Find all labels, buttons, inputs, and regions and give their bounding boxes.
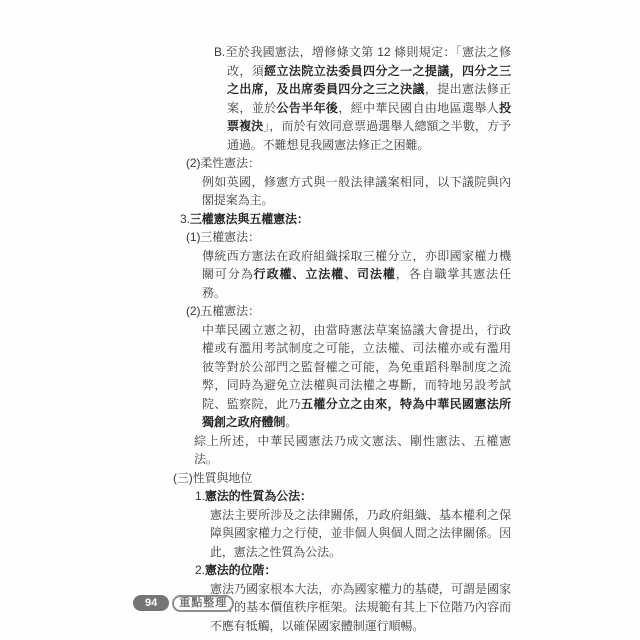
heading-three-power: (1)三權憲法： xyxy=(186,228,511,247)
paragraph-three-power: 傳統西方憲法在政府組織採取三權分立，亦即國家權力機關可分為行政權、立法權、司法權… xyxy=(202,247,511,303)
heading-three-power-label: 三權憲法： xyxy=(200,230,260,244)
paragraph-amendment-text: 至於我國憲法，增修條文第 12 條則規定：「憲法之修改，須經立法院立法委員四分之… xyxy=(225,45,511,152)
item-marker-n1: 1. xyxy=(195,489,205,503)
heading-hierarchy-label: 憲法的位階： xyxy=(205,563,276,577)
item-marker-2: (2) xyxy=(186,156,200,170)
section-marker-3: 3. xyxy=(180,212,190,226)
heading-hierarchy: 2.憲法的位階： xyxy=(195,561,511,580)
item-marker-1: (1) xyxy=(186,230,200,244)
paragraph-summary-text: 綜上所述，中華民國憲法乃成文憲法、剛性憲法、五權憲法。 xyxy=(194,434,511,467)
paragraph-amendment-item-b: B.至於我國憲法，增修條文第 12 條則規定：「憲法之修改，須經立法院立法委員四… xyxy=(214,43,511,154)
item-marker-n2: 2. xyxy=(195,563,205,577)
heading-five-power-label: 五權憲法： xyxy=(200,304,260,318)
paragraph-flexible-text: 例如英國，修憲方式與一般法律議案相同，以下議院與內閣提案為主。 xyxy=(202,175,511,208)
heading-flexible-constitution-label: 柔性憲法： xyxy=(200,156,260,170)
heading-nature-section: (三)性質與地位 xyxy=(173,469,511,488)
item-marker-2b: (2) xyxy=(186,304,200,318)
section-marker-c: (三) xyxy=(173,471,193,485)
heading-section-3: 3.三權憲法與五權憲法： xyxy=(180,210,511,229)
scanned-book-page: B.至於我國憲法，增修條文第 12 條則規定：「憲法之修改，須經立法院立法委員四… xyxy=(0,0,640,640)
paragraph-five-power: 中華民國立憲之初，由當時憲法草案協議大會提出，行政權或有濫用考試制度之可能，立法… xyxy=(202,321,511,432)
paragraph-public-law: 憲法主要所涉及之法律關係，乃政府組織、基本權利之保障與國家權力之行使，並非個人與… xyxy=(210,506,511,562)
heading-five-power: (2)五權憲法： xyxy=(186,302,511,321)
heading-section-3-label: 三權憲法與五權憲法： xyxy=(190,212,309,226)
heading-public-law-label: 憲法的性質為公法： xyxy=(205,489,312,503)
paragraph-public-law-text: 憲法主要所涉及之法律關係，乃政府組織、基本權利之保障與國家權力之行使，並非個人與… xyxy=(210,508,511,559)
paragraph-hierarchy: 憲法乃國家根本大法，亦為國家權力的基礎，可謂是國家社會的基本價值秩序框架。法規範… xyxy=(210,580,511,636)
heading-nature-section-label: 性質與地位 xyxy=(193,471,253,485)
page-number-badge: 94 xyxy=(133,595,169,611)
item-marker-b: B. xyxy=(214,45,225,59)
paragraph-three-power-text: 傳統西方憲法在政府組織採取三權分立，亦即國家權力機關可分為行政權、立法權、司法權… xyxy=(202,249,511,300)
paragraph-five-power-text: 中華民國立憲之初，由當時憲法草案協議大會提出，行政權或有濫用考試制度之可能，立法… xyxy=(202,323,511,430)
paragraph-summary: 綜上所述，中華民國憲法乃成文憲法、剛性憲法、五權憲法。 xyxy=(194,432,511,469)
heading-flexible-constitution: (2)柔性憲法： xyxy=(186,154,511,173)
paragraph-flexible-constitution: 例如英國，修憲方式與一般法律議案相同，以下議院與內閣提案為主。 xyxy=(202,173,511,210)
paragraph-hierarchy-text: 憲法乃國家根本大法，亦為國家權力的基礎，可謂是國家社會的基本價值秩序框架。法規範… xyxy=(210,582,511,633)
page-footer: 94 重點整理 xyxy=(133,594,234,612)
page-body-text: B.至於我國憲法，增修條文第 12 條則規定：「憲法之修改，須經立法院立法委員四… xyxy=(173,43,511,635)
heading-public-law: 1.憲法的性質為公法： xyxy=(195,487,511,506)
section-name-badge: 重點整理 xyxy=(172,595,234,612)
